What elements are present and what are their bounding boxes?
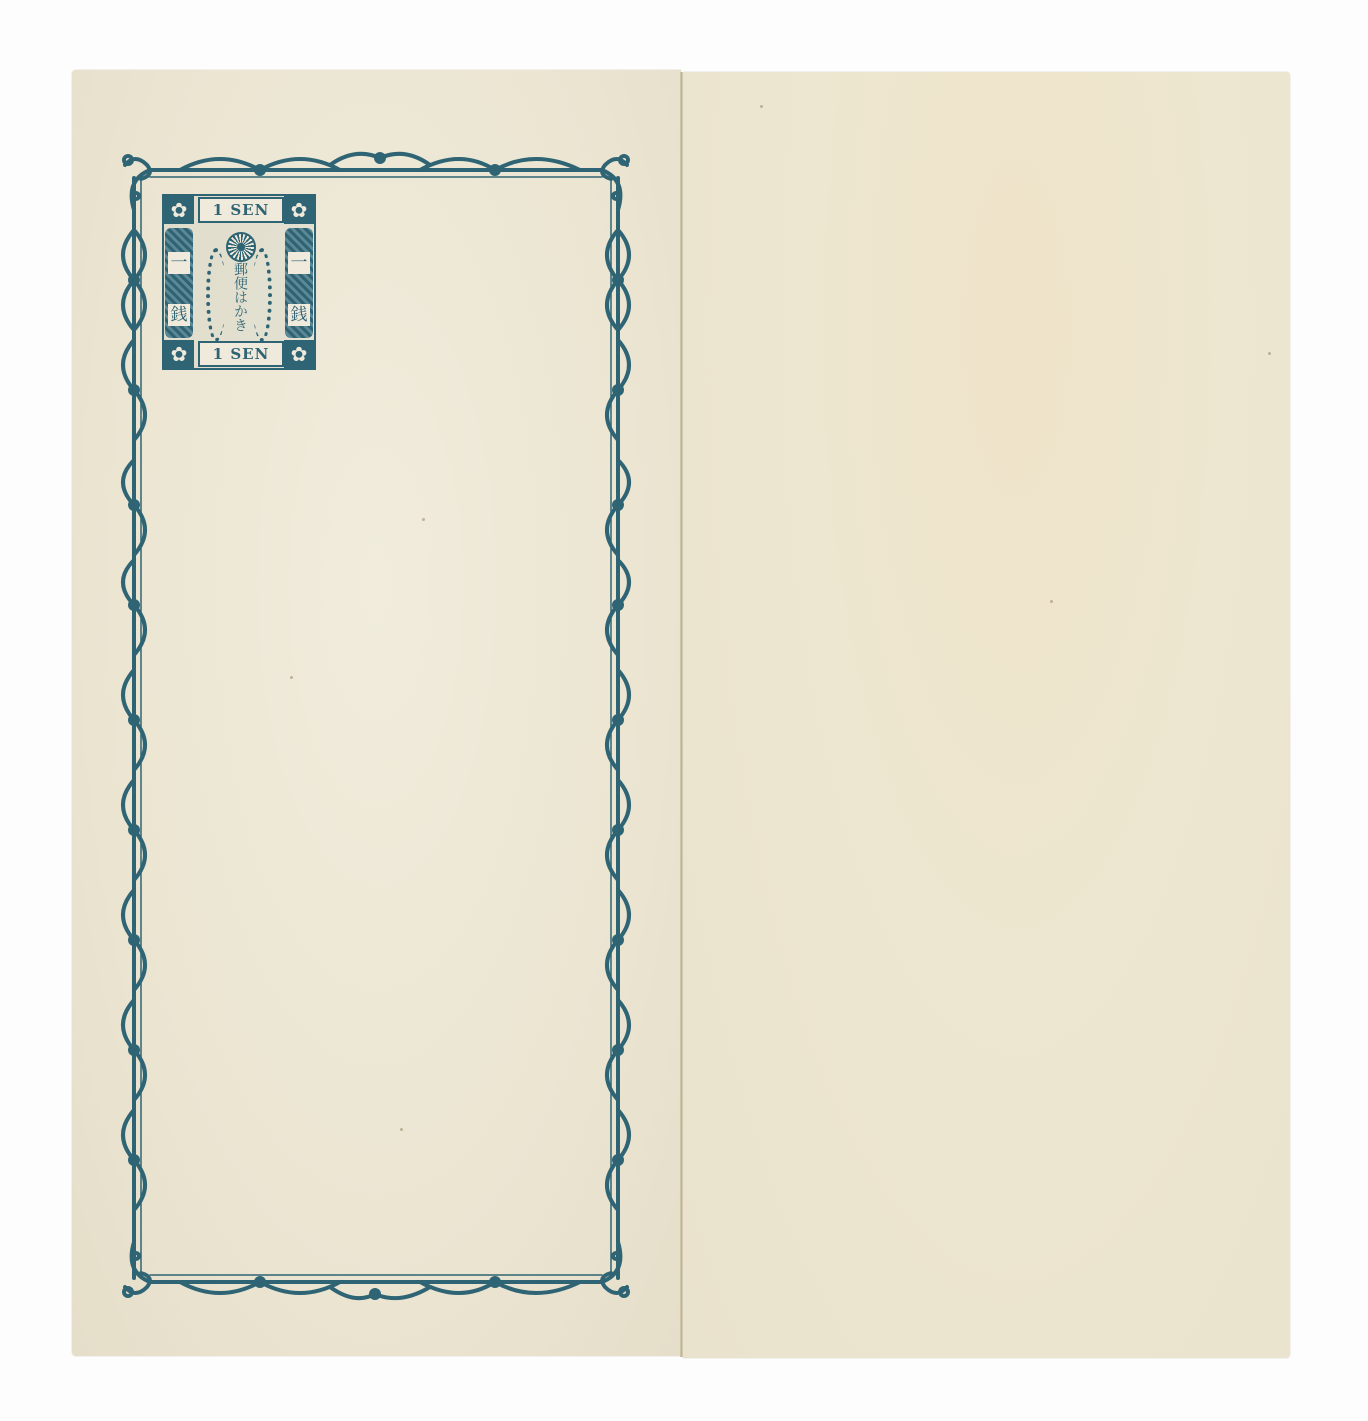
kanji-sen-left: 銭	[168, 304, 190, 326]
stamp-denomination-bottom: 1 SEN	[198, 341, 284, 367]
corner-scroll-br	[602, 1242, 628, 1296]
stamp-right-column: 一 銭	[285, 228, 313, 338]
side-ribbon-ties	[123, 230, 629, 1210]
kanji-one-right: 一	[288, 252, 310, 274]
corner-scroll-tl	[124, 156, 150, 210]
stamp-inscription: 郵便はかき	[229, 262, 249, 332]
paulownia-wreath-left	[206, 248, 226, 342]
stamp-left-column: 一 銭	[165, 228, 193, 338]
kanji-sen-right: 銭	[288, 304, 310, 326]
postage-stamp-imprint: ✿ ✿ ✿ ✿ 1 SEN 1 SEN 一 銭 一 銭 郵便はかき	[162, 194, 316, 370]
chrysanthemum-crest-icon	[226, 232, 256, 262]
flower-icon: ✿	[284, 196, 314, 224]
flower-icon: ✿	[284, 340, 314, 368]
stamp-center-panel: 郵便はかき	[202, 228, 276, 338]
paulownia-wreath-right	[252, 248, 272, 342]
corner-scroll-bl	[124, 1242, 150, 1296]
corner-scroll-tr	[602, 156, 628, 210]
stamp-denomination-top: 1 SEN	[198, 197, 284, 223]
kanji-one-left: 一	[168, 252, 190, 274]
flower-icon: ✿	[164, 196, 194, 224]
flower-icon: ✿	[164, 340, 194, 368]
